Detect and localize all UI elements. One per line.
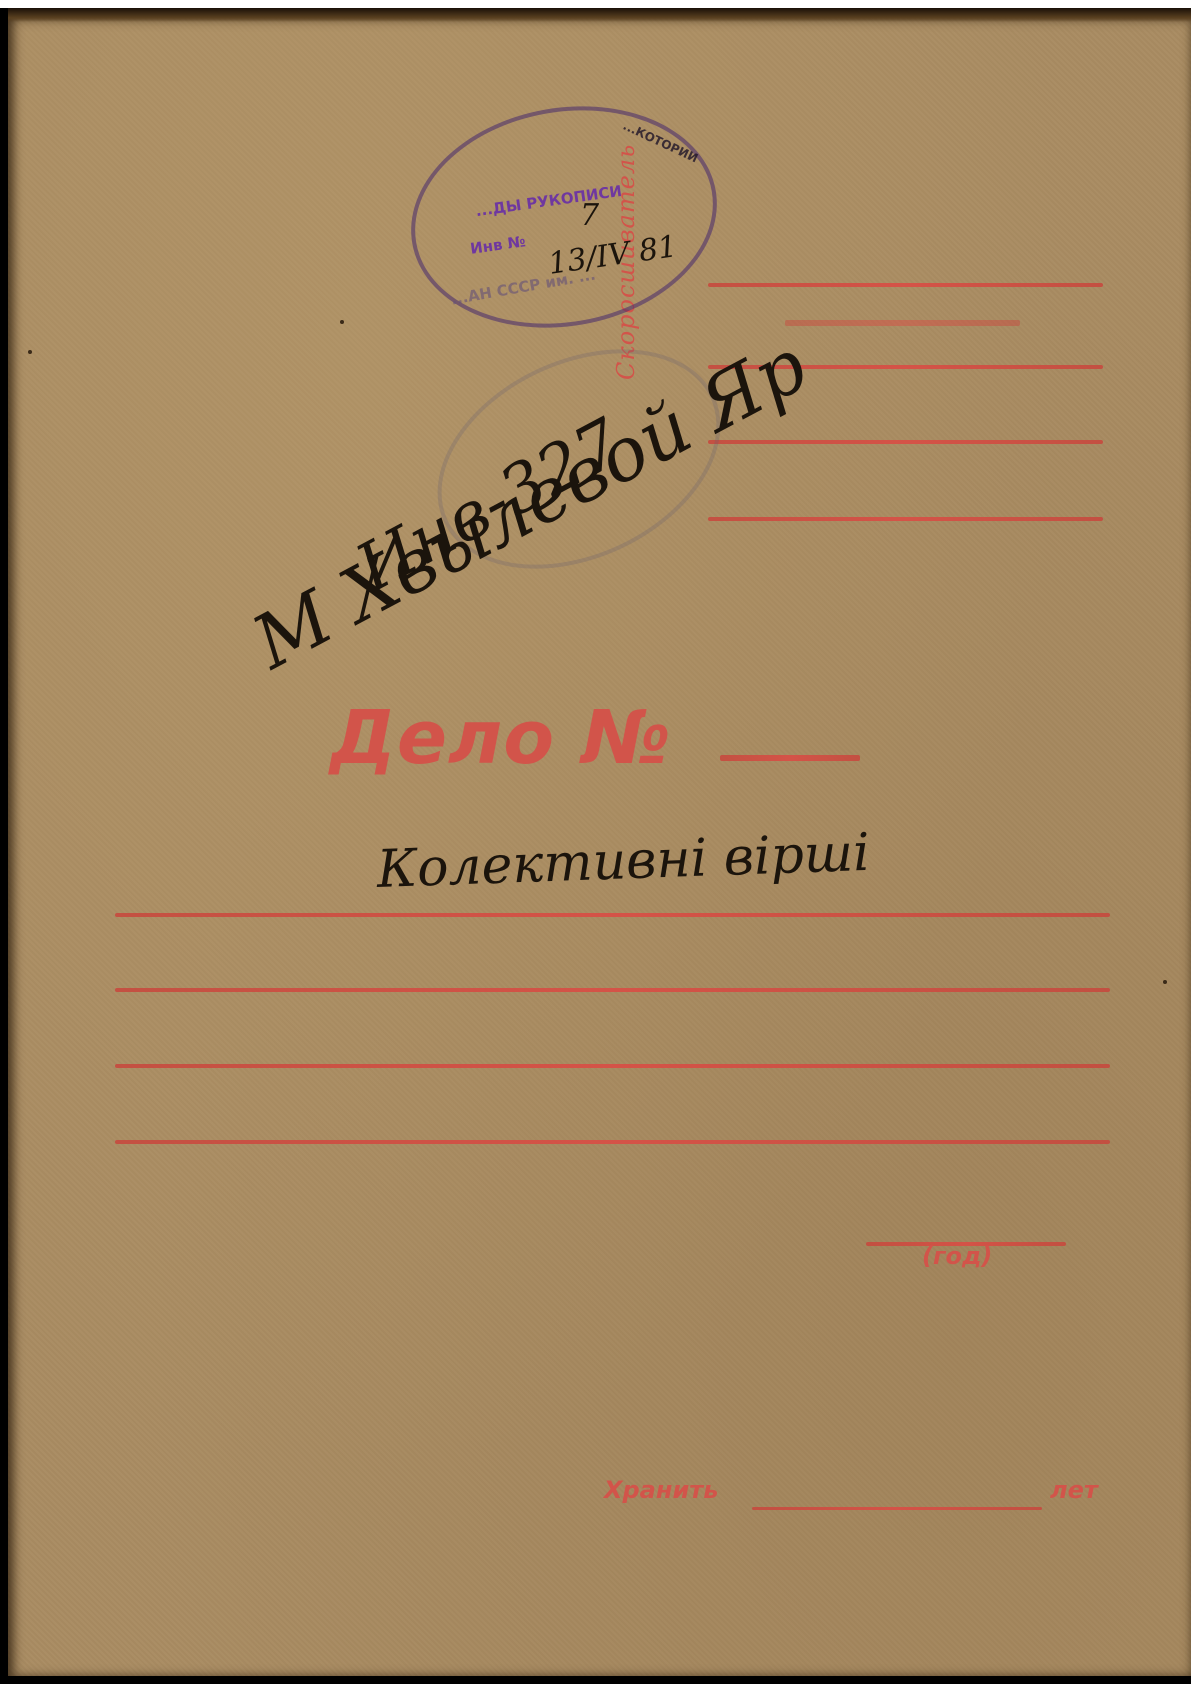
year-label: (год): [922, 1242, 992, 1270]
paper-speck: [28, 350, 32, 354]
header-rule-1: [708, 283, 1103, 287]
keep-years-line: [752, 1507, 1042, 1510]
paper-speck: [1163, 980, 1167, 984]
case-number-line: [720, 755, 860, 761]
paper-speck: [340, 320, 344, 324]
stamp-number-value: 7: [580, 198, 599, 233]
body-rule-1: [115, 913, 1110, 917]
header-rule-3: [708, 440, 1103, 444]
years-label: лет: [1050, 1476, 1098, 1504]
case-title: Дело №: [330, 695, 672, 781]
keep-label: Хранить: [604, 1476, 718, 1504]
body-rule-3: [115, 1064, 1110, 1068]
body-rule-2: [115, 988, 1110, 992]
folder-top-edge: [8, 8, 1191, 22]
header-rule-4: [708, 517, 1103, 521]
header-rule-faint: [785, 320, 1020, 326]
body-rule-4: [115, 1140, 1110, 1144]
